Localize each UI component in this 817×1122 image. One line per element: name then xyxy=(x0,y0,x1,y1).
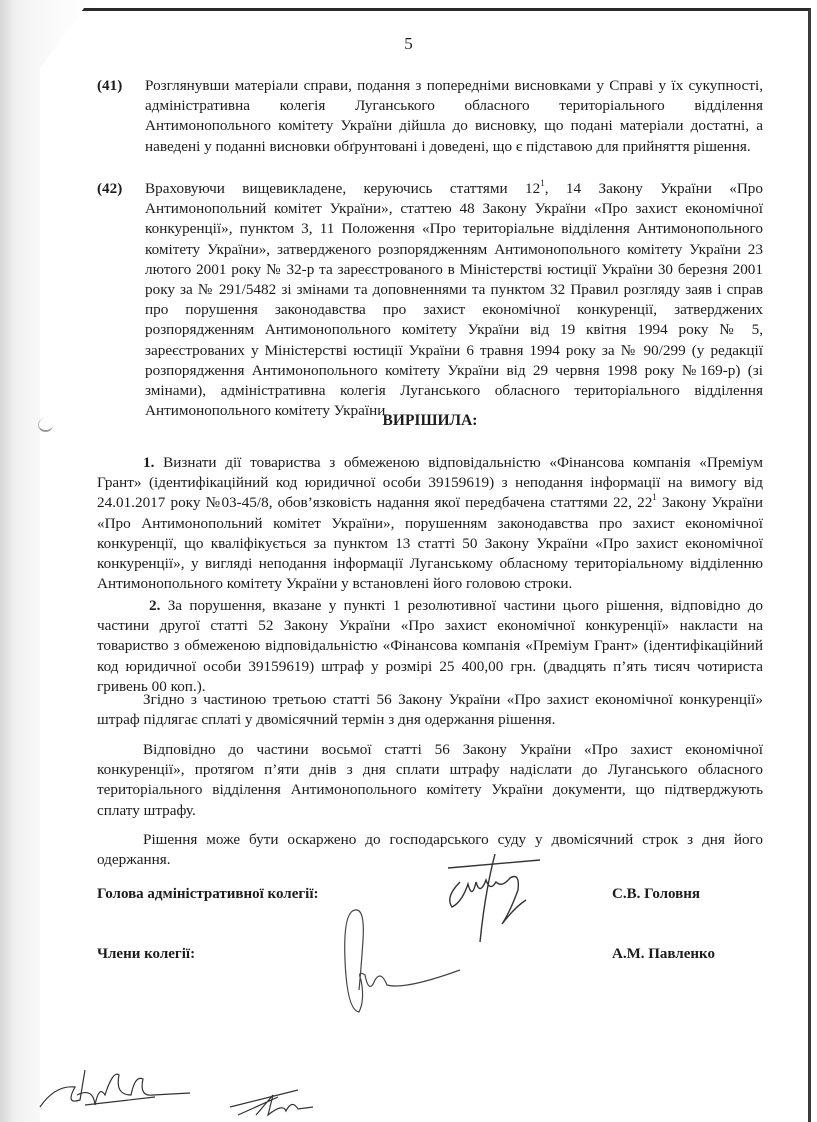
chair-name: С.В. Головня xyxy=(612,886,700,903)
decision-item-2: 2. За порушення, вказане у пункті 1 резо… xyxy=(97,596,763,697)
member-signature-icon xyxy=(335,900,475,1020)
closing-paragraph-proof-of-payment: Відповідно до частини восьмої статті 56 … xyxy=(97,740,763,821)
decision-heading: ВИРІШИЛА: xyxy=(0,412,817,430)
closing-paragraph-payment-term: Згідно з частиною третьою статті 56 Зако… xyxy=(97,690,763,730)
initials-signature-2-icon xyxy=(228,1085,318,1120)
closing-paragraph-appeal: Рішення може бути оскаржено до господарс… xyxy=(97,830,763,870)
closing-paragraph-text: Згідно з частиною третьою статті 56 Зако… xyxy=(97,691,763,728)
decision-number: 1. xyxy=(143,454,154,471)
paragraph-42-text-part: Враховуючи вищевикладене, керуючись стат… xyxy=(145,180,540,197)
closing-paragraph-text: Рішення може бути оскаржено до господарс… xyxy=(97,831,763,868)
decision-item-1: 1. Визнати дії товариства з обмеженою ві… xyxy=(97,453,763,594)
paragraph-41-text: Розглянувши матеріали справи, подання з … xyxy=(145,76,763,157)
page-number: 5 xyxy=(0,34,817,54)
paragraph-number-41: (41) xyxy=(97,76,122,96)
initials-signature-1-icon xyxy=(35,1065,195,1115)
members-label: Члени колегії: xyxy=(97,946,195,963)
paragraph-42-text: Враховуючи вищевикладене, керуючись стат… xyxy=(145,179,763,421)
chair-label: Голова адміністративної колегії: xyxy=(97,886,319,903)
scan-left-edge-shadow xyxy=(0,0,14,1122)
member-name: А.М. Павленко xyxy=(612,946,715,963)
decision-number: 2. xyxy=(149,597,160,614)
paragraph-number-42: (42) xyxy=(97,179,122,199)
paragraph-42-text-part: , 14 Закону України «Про Антимонопольний… xyxy=(145,180,763,419)
decision-text: За порушення, вказане у пункті 1 резолют… xyxy=(97,597,763,695)
closing-paragraph-text: Відповідно до частини восьмої статті 56 … xyxy=(97,741,763,819)
